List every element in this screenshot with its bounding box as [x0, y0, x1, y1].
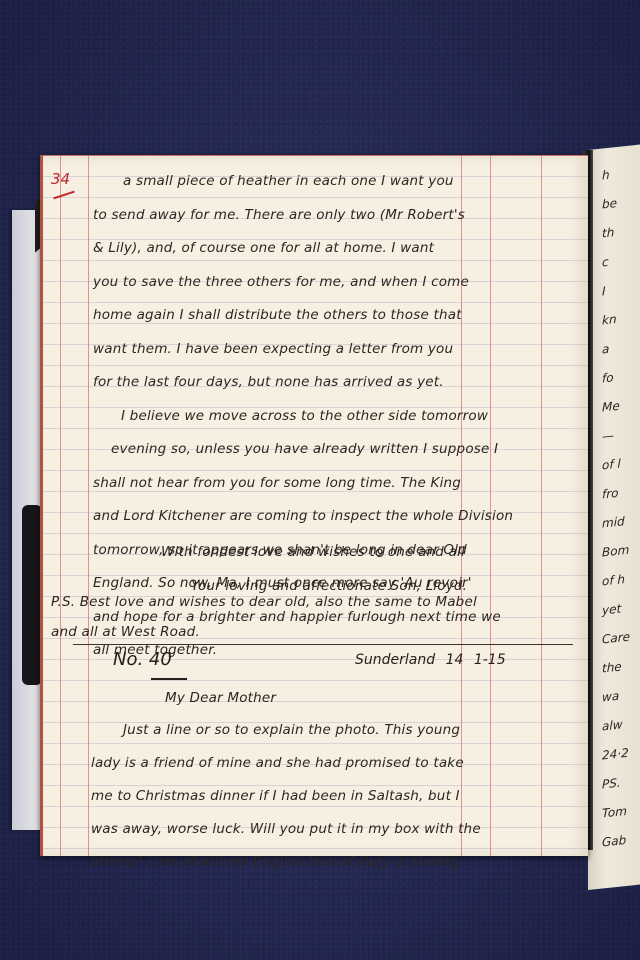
letter-divider	[73, 644, 573, 645]
letter-line: lady is a friend of mine and she had pro…	[91, 755, 464, 771]
facing-page-fragment: the	[602, 659, 622, 675]
letter-line: and Lord Kitchener are coming to inspect…	[93, 508, 513, 524]
letter-line: me to Christmas dinner if I had been in …	[91, 788, 460, 804]
facing-page-fragment: fo	[602, 370, 614, 385]
facing-page-fragment: fro	[602, 486, 619, 502]
facing-page-fragment: Bom	[602, 543, 629, 560]
facing-page-fragment: of h	[602, 572, 625, 588]
letter-line: want them. I have been expecting a lette…	[93, 341, 453, 357]
facing-page-fragment: 24·2	[602, 746, 629, 763]
margin-line	[461, 156, 462, 856]
facing-page-fragment: —	[602, 428, 614, 443]
facing-page-fragment: Me	[602, 399, 620, 415]
facing-page-fragment: Tom	[602, 804, 627, 821]
closing-line: Your loving and affectionate Son, Lloyd.	[191, 578, 467, 594]
page-number-underline	[53, 191, 75, 200]
postscript-line: P.S. Best love and wishes to dear old, a…	[51, 594, 477, 610]
facing-page-fragment: PS.	[602, 776, 621, 792]
letter-line: others? I am afraid my English tour of d…	[91, 854, 459, 870]
facing-page-fragment: a	[602, 342, 609, 357]
letter-line: a small piece of heather in each one I w…	[123, 173, 454, 189]
letter-number-underline	[151, 678, 187, 680]
facing-page-fragment: c	[602, 255, 609, 270]
facing-page-fragment: alw	[602, 717, 623, 733]
facing-page-fragment: I	[602, 284, 606, 298]
binding-clip	[22, 505, 42, 685]
letter-line: & Lily), and, of course one for all at h…	[93, 240, 434, 256]
page-number: 34	[51, 170, 70, 188]
letter-line: Just a line or so to explain the photo. …	[123, 722, 460, 738]
letter-line: and hope for a brighter and happier furl…	[93, 609, 501, 625]
facing-page-fragment: be	[602, 196, 617, 212]
salutation: My Dear Mother	[165, 690, 276, 706]
letter-line: I believe we move across to the other si…	[121, 408, 488, 424]
facing-page-fragment: yet	[602, 602, 621, 618]
letter-date: 14 1-15	[446, 652, 506, 668]
letter-line: was away, worse luck. Will you put it in…	[91, 821, 481, 837]
letter-line: for the last four days, but none has arr…	[93, 374, 444, 390]
closing-line: With fondest love and wishes to one and …	[161, 544, 465, 560]
letter-line: home again I shall distribute the others…	[93, 307, 462, 323]
letter-line: shall not hear from you for some long ti…	[93, 475, 461, 491]
facing-page-fragment: th	[602, 225, 614, 240]
letter-page: 34 a small piece of heather in each one …	[40, 155, 588, 856]
letter-number: No. 40	[113, 649, 172, 670]
margin-line	[60, 156, 61, 856]
facing-page-fragment: kn	[602, 312, 617, 328]
postscript-line: and all at West Road.	[51, 624, 200, 640]
letter-place: Sunderland	[355, 652, 435, 668]
letter-line: evening so, unless you have already writ…	[111, 441, 498, 457]
facing-page-fragment: Care	[602, 630, 630, 647]
facing-page: hbethcIknafoMe—of lfromidBomof hyetCaret…	[588, 144, 640, 890]
letter-line: you to save the three others for me, and…	[93, 274, 469, 290]
margin-line	[490, 156, 491, 856]
facing-page-fragment: h	[602, 168, 610, 183]
facing-page-fragment: wa	[602, 689, 619, 705]
facing-page-fragment: of l	[602, 457, 621, 473]
letter-line: to send away for me. There are only two …	[93, 207, 465, 223]
facing-page-fragment: mid	[602, 514, 625, 530]
margin-line	[88, 156, 89, 856]
facing-page-fragment: Gab	[602, 833, 626, 850]
margin-line	[541, 156, 542, 856]
letter-place-date: Sunderland 14 1-15	[355, 652, 506, 668]
